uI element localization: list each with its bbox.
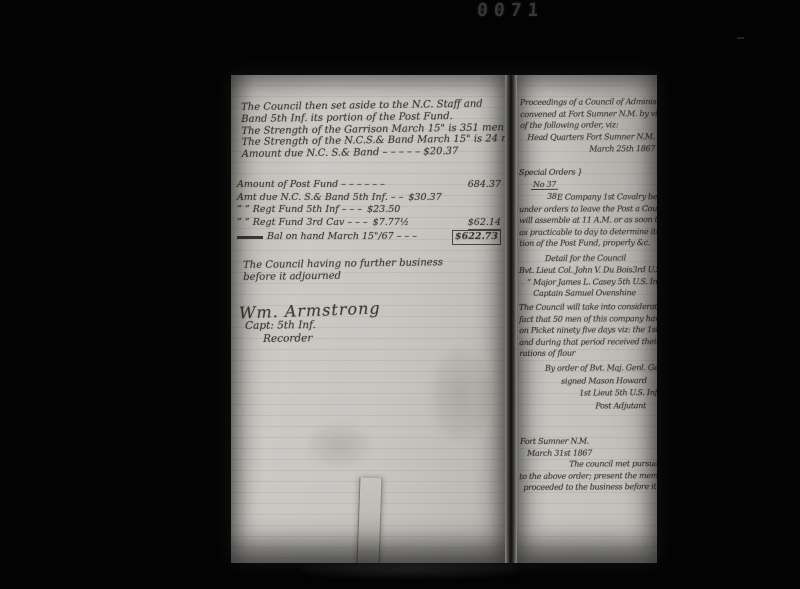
ledger-row: Amount of Post Fund – – – – – – 684.37 <box>237 179 501 192</box>
handwritten-line: rations of flour <box>519 347 657 360</box>
detail-heading: Detail for the Council <box>545 252 626 264</box>
microfilm-frame: 0071 The Council then set aside to the N… <box>0 0 800 589</box>
ledger-spread: The Council then set aside to the N.C. S… <box>231 75 657 563</box>
order-body: E Company 1st Cavalry being under orders… <box>519 191 657 250</box>
tape-artifact <box>357 478 383 563</box>
handwritten-line: will assemble at 11 A.M. or as soon ther… <box>519 214 657 227</box>
post-fund-ledger: Amount of Post Fund – – – – – – 684.37 A… <box>237 179 501 245</box>
handwritten-line: proceeded to the business before it <box>517 481 657 494</box>
handwritten-line: to the above order; present the members,… <box>517 469 657 482</box>
handwritten-line: of the following order, viz: <box>520 119 657 132</box>
order-dateline: Head Quarters Fort Sumner N.M. March 25t… <box>517 131 655 155</box>
member-unit: 3rd U.S. Cav- <box>632 264 657 276</box>
ledger-row-balance: Bal on hand March 15"/67 – – – $622.73 <box>237 230 501 245</box>
handwritten-line: and during that period received their fu… <box>519 335 657 348</box>
ledger-amount: $23.50 <box>367 204 400 217</box>
ledger-row: ” ” Regt Fund 3rd Cav – – – $7.77½ $62.1… <box>237 217 501 231</box>
order-number-top: No 37 <box>531 180 558 190</box>
ledger-row: Amt due N.C. S.& Band 5th Inf. – – $30.3… <box>237 192 501 205</box>
ledger-amount: $7.77½ <box>373 217 409 230</box>
consideration-block: The Council will take into consideration… <box>519 301 657 360</box>
ledger-subtotal: $62.14 <box>468 217 501 231</box>
handwritten-line: as practicable to day to determine its p… <box>519 225 657 238</box>
ledger-label: ” ” Regt Fund 5th Inf – – – <box>237 204 362 217</box>
member-unit: 5th U.S. Inf. <box>618 276 657 288</box>
special-orders-label: Special Orders } <box>519 167 582 179</box>
film-speck <box>737 37 744 39</box>
handwritten-line: signed Mason Howard <box>517 374 657 388</box>
handwritten-line: before it adjourned <box>243 269 443 284</box>
order-signature-block: By order of Bvt. Maj. Genl. Geo. Sykes s… <box>517 362 657 414</box>
handwritten-line: under orders to leave the Post a Council <box>519 202 657 215</box>
handwritten-line: Amount due N.C. S.& Band – – – – – $20.3… <box>242 145 505 161</box>
handwritten-line: March 25th 1867 <box>517 143 655 155</box>
handwritten-line: fact that 50 men of this company have be… <box>519 312 657 325</box>
member-name: Captain Samuel Ovenshine <box>533 287 636 299</box>
handwritten-line: The Council will take into consideration… <box>519 301 657 314</box>
council-member: Captain Samuel Ovenshine <box>519 287 657 300</box>
council-member: Bvt. Lieut Col. John V. Du Bois 3rd U.S.… <box>519 264 654 276</box>
ledger-rule <box>237 236 263 239</box>
ledger-page-left: The Council then set aside to the N.C. S… <box>231 75 505 563</box>
ledger-total: 684.37 <box>468 179 501 192</box>
ledger-label: Bal on hand March 15"/67 – – – <box>267 231 417 244</box>
ledger-amount: $30.37 <box>408 192 441 205</box>
ledger-label: ” ” Regt Fund 3rd Cav – – – <box>237 217 368 230</box>
council-member: ” Major James L. Casey 5th U.S. Inf. <box>519 276 657 288</box>
binding-gutter <box>505 75 517 563</box>
handwritten-line: on Picket ninety five days viz: the 1st … <box>519 324 657 337</box>
ledger-row: ” ” Regt Fund 5th Inf – – – $23.50 <box>237 204 501 217</box>
film-frame-counter: 0071 <box>476 0 545 21</box>
adjournment-block: The Council having no further business b… <box>243 257 443 283</box>
signature-rank: Capt: 5th Inf. <box>245 320 316 333</box>
handwritten-line: The council met pursuant <box>517 458 657 471</box>
signature-role: Recorder <box>263 333 312 345</box>
handwritten-line: tion of the Post Fund, properly &c. <box>519 237 657 250</box>
page-stain <box>309 425 369 465</box>
handwritten-line: By order of Bvt. Maj. Genl. Geo. Sykes <box>517 362 657 376</box>
member-name: Bvt. Lieut Col. John V. Du Bois <box>519 264 632 276</box>
handwritten-line: Fort Sumner N.M. <box>517 435 657 448</box>
meeting-block: Fort Sumner N.M. March 31st 1867 The cou… <box>517 435 657 494</box>
ledger-balance: $622.73 <box>452 230 501 245</box>
handwritten-line: convened at Fort Sumner N.M. by virtue <box>520 107 657 120</box>
handwritten-line: E Company 1st Cavalry being <box>519 191 657 204</box>
handwritten-line: Proceedings of a Council of Administrati… <box>520 96 657 109</box>
handwritten-line: March 31st 1867 <box>517 446 657 459</box>
handwritten-line: 1st Lieut 5th U.S. Inf. <box>517 387 657 401</box>
ledger-page-right: Proceedings of a Council of Administrati… <box>517 75 657 563</box>
member-name: ” Major James L. Casey <box>527 276 615 288</box>
council-members: Bvt. Lieut Col. John V. Du Bois 3rd U.S.… <box>519 264 657 300</box>
handwritten-line: Post Adjutant <box>517 400 657 414</box>
proceedings-heading: Proceedings of a Council of Administrati… <box>520 96 657 132</box>
ledger-label: Amount of Post Fund – – – – – – <box>237 179 385 192</box>
handwritten-line: Head Quarters Fort Sumner N.M. <box>517 131 655 143</box>
council-minutes-block: The Council then set aside to the N.C. S… <box>241 98 505 161</box>
page-stain <box>431 350 491 440</box>
ledger-label: Amt due N.C. S.& Band 5th Inf. – – <box>237 192 403 205</box>
